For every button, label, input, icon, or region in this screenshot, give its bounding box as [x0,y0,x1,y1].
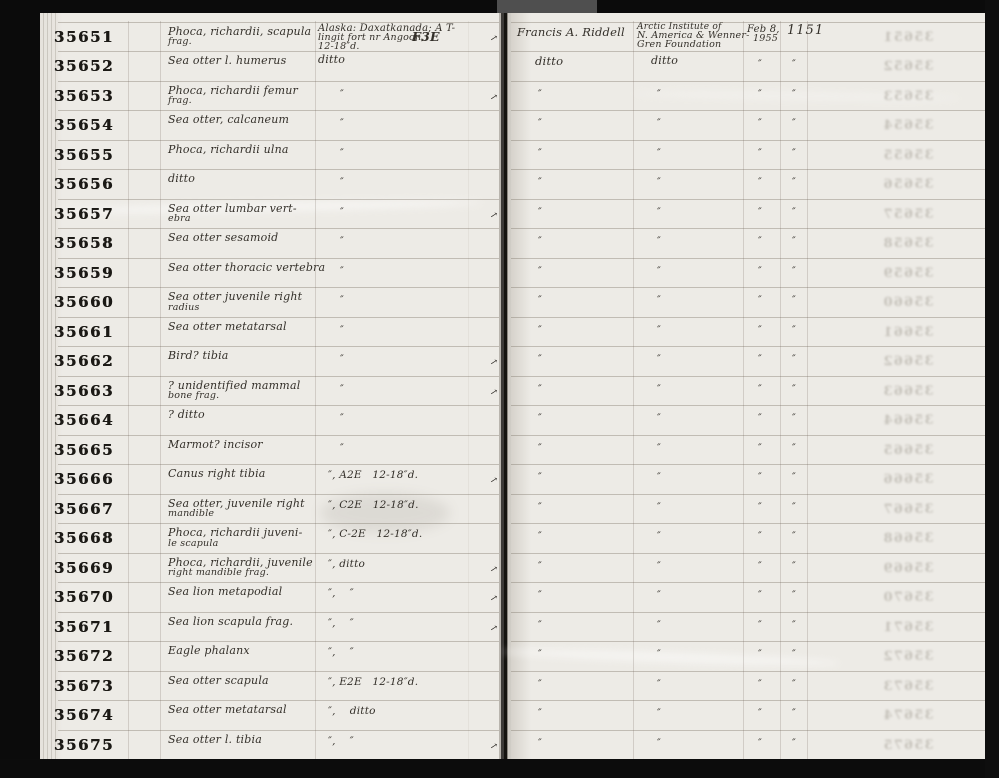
specimen-number: 35658 [48,234,120,252]
rule-line [511,140,985,141]
ditto-mark: ″ [758,649,762,660]
ditto-mark: ″ [340,384,344,395]
ditto-mark: ″ [538,649,542,660]
ditto-mark: ″ [538,679,542,690]
rule-line [511,582,985,583]
bleedthrough-number: 35665 [879,442,937,458]
specimen-number: 35653 [48,87,120,105]
ditto-mark: ″ [792,118,796,129]
specimen-number: 35669 [48,559,120,577]
specimen-description: Sea otter metatarsal [168,322,313,333]
ditto-mark: ″ [758,561,762,572]
ditto-mark: ″ [792,207,796,218]
margin-tick: ↗ [489,33,498,44]
ditto-mark: ″ [340,89,344,100]
locality-entry: ″, ″ [328,647,354,658]
accession-number: 1151 [787,26,824,37]
ditto-mark: ″ [538,590,542,601]
rule-line [511,553,985,554]
specimen-number: 35659 [48,264,120,282]
ditto-mark: ″ [792,354,796,365]
site-code: F3E [412,32,440,43]
margin-tick: ↗ [489,210,498,221]
rule-line [58,464,499,465]
bleedthrough-number: 35671 [879,619,937,635]
left-page: 35651Phoca, richardii, scapulafrag.Alask… [40,13,499,761]
ditto-mark: ″ [657,620,661,631]
rule-line [511,612,985,613]
rule-line [58,140,499,141]
collector-name: Francis A. Riddell [517,27,625,38]
ditto-mark: ″ [657,89,661,100]
ditto-mark: ″ [792,236,796,247]
ditto-mark: ″ [657,295,661,306]
date-entry: Feb 8,1955 [747,25,780,44]
bleedthrough-number: 35655 [879,147,937,163]
ditto-mark: ″ [538,502,542,513]
ditto-mark: ″ [792,738,796,749]
ditto-mark: ″ [657,384,661,395]
ditto-mark: ″ [538,472,542,483]
rule-line [58,317,499,318]
ditto-mark: ″ [538,561,542,572]
bleedthrough-number: 35663 [879,383,937,399]
ditto-mark: ″ [657,177,661,188]
ditto-mark: ″ [758,266,762,277]
specimen-description: Sea otter, juvenile rightmandible [168,499,313,519]
ditto-mark: ″ [792,59,796,70]
specimen-number: 35652 [48,57,120,75]
ditto-mark: ″ [792,590,796,601]
margin-tick: ↗ [489,623,498,634]
rule-line [511,287,985,288]
bleedthrough-number: 35661 [879,324,937,340]
rule-line [511,110,985,111]
ditto-mark: ″ [657,236,661,247]
ditto-mark: ″ [758,413,762,424]
rule-line [58,612,499,613]
ditto-mark: ″ [792,148,796,159]
specimen-description: Sea otter l. humerus [168,56,313,67]
ditto-mark: ″ [657,148,661,159]
rule-line [58,110,499,111]
ditto-mark: ″ [538,177,542,188]
ditto-mark: ″ [657,708,661,719]
ditto-mark: ″ [657,738,661,749]
specimen-description: Sea lion scapula frag. [168,617,313,628]
ditto-mark: ″ [792,472,796,483]
specimen-number: 35665 [48,441,120,459]
specimen-number: 35674 [48,706,120,724]
ditto-mark: ″ [657,649,661,660]
specimen-number: 35664 [48,411,120,429]
margin-tick: ↗ [489,564,498,575]
bleedthrough-number: 35674 [879,708,937,724]
ditto-mark: ″ [758,708,762,719]
specimen-number: 35661 [48,323,120,341]
ditto-mark: ″ [538,354,542,365]
ditto-mark: ″ [758,148,762,159]
ditto-mark: ″ [538,207,542,218]
ditto-mark: ″ [758,236,762,247]
ditto-mark: ″ [340,207,344,218]
ditto-mark: ″ [792,620,796,631]
specimen-number: 35670 [48,588,120,606]
ditto-mark: ″ [657,325,661,336]
ditto-mark: ″ [657,413,661,424]
photo-right-border [985,0,999,778]
specimen-number: 35655 [48,146,120,164]
specimen-number: 35660 [48,293,120,311]
ditto-mark: ″ [758,295,762,306]
specimen-description: Bird? tibia [168,351,313,362]
column-rule [468,21,469,759]
rule-line [511,317,985,318]
ditto-mark: ″ [758,177,762,188]
ditto-mark: ″ [758,738,762,749]
locality-entry: ″, C2E 12-18″d. [328,500,419,511]
rule-line [58,22,499,23]
bleedthrough-number: 35660 [879,295,937,311]
photo-top-border [0,0,999,13]
rule-line [511,435,985,436]
ditto-mark: ″ [758,590,762,601]
right-page: Francis A. RiddellArctic Institute ofN. … [511,13,985,761]
ditto-mark: ″ [792,502,796,513]
ditto-mark: ″ [792,266,796,277]
specimen-number: 35673 [48,677,120,695]
bleedthrough-number: 35673 [879,678,937,694]
ditto-mark: ″ [538,148,542,159]
rule-line [58,199,499,200]
specimen-description: ? ditto [168,410,313,421]
specimen-description: Sea lion metapodial [168,587,313,598]
ditto-mark: ″ [657,266,661,277]
rule-line [511,346,985,347]
ditto-mark: ″ [792,649,796,660]
bleedthrough-number: 35658 [879,236,937,252]
bleedthrough-number: 35659 [879,265,937,281]
ditto-mark: ″ [792,325,796,336]
rule-line [511,464,985,465]
ditto-mark: ″ [657,502,661,513]
locality-entry: ″, E2E 12-18″d. [328,677,418,688]
specimen-number: 35662 [48,352,120,370]
ditto-mark: ″ [657,531,661,542]
bleedthrough-number: 35664 [879,413,937,429]
ditto-mark: ″ [792,89,796,100]
ditto-mark: ″ [340,295,344,306]
bleedthrough-number: 35656 [879,177,937,193]
rule-line [58,641,499,642]
bleedthrough-number: 35675 [879,737,937,753]
rule-line [58,51,499,52]
locality-entry: ″, ″ [328,736,354,747]
ditto-mark: ″ [340,413,344,424]
rule-line [58,81,499,82]
ditto-mark: ″ [758,679,762,690]
specimen-number: 35667 [48,500,120,518]
bleedthrough-number: 35669 [879,560,937,576]
rule-line [58,169,499,170]
ditto-mark: ″ [538,413,542,424]
locality-entry: ″, C-2E 12-18″d. [328,529,422,540]
ditto-mark: ″ [538,620,542,631]
ditto-mark: ″ [758,207,762,218]
rule-line [58,730,499,731]
ditto-mark: ″ [758,354,762,365]
specimen-description: Sea otter juvenile rightradius [168,292,313,312]
rule-line [511,22,985,23]
locality-entry: ″, ″ [328,618,354,629]
ditto-mark: ″ [340,266,344,277]
rule-line [511,494,985,495]
ditto-mark: ″ [792,177,796,188]
bleedthrough-number: 35667 [879,501,937,517]
bleedthrough-number: 35666 [879,472,937,488]
rule-line [58,346,499,347]
specimen-number: 35671 [48,618,120,636]
bleedthrough-number: 35657 [879,206,937,222]
specimen-number: 35663 [48,382,120,400]
ditto-mark: ″ [657,443,661,454]
specimen-number: 35675 [48,736,120,754]
ditto-mark: ″ [340,443,344,454]
locality-entry: ″, ″ [328,588,354,599]
ditto-mark: ″ [792,708,796,719]
collector-name: ditto [535,56,563,67]
margin-tick: ↗ [489,357,498,368]
ditto-mark: ″ [538,89,542,100]
ditto-mark: ″ [792,413,796,424]
specimen-description: Phoca, richardii femurfrag. [168,86,313,106]
rule-line [511,228,985,229]
specimen-number: 35668 [48,529,120,547]
ditto-mark: ″ [538,266,542,277]
locality-entry: ″, ditto [328,559,365,570]
ditto-mark: ″ [538,531,542,542]
ditto-mark: ″ [657,472,661,483]
specimen-description: Canus right tibia [168,469,313,480]
margin-tick: ↗ [489,387,498,398]
specimen-description: Phoca, richardii, scapulafrag. [168,27,313,47]
institution-name: ditto [651,56,678,67]
rule-line [511,523,985,524]
ditto-mark: ″ [758,118,762,129]
ditto-mark: ″ [758,59,762,70]
ditto-mark: ″ [340,325,344,336]
rule-line [58,671,499,672]
bleedthrough-number: 35652 [879,59,937,75]
ditto-mark: ″ [657,207,661,218]
rule-line [58,376,499,377]
photo-bottom-border [0,759,999,778]
ditto-mark: ″ [538,384,542,395]
rule-line [58,258,499,259]
margin-tick: ↗ [489,92,498,103]
ditto-mark: ″ [758,502,762,513]
specimen-number: 35657 [48,205,120,223]
locality-entry: ″, ditto [328,706,376,717]
rule-line [511,671,985,672]
bleedthrough-number: 35668 [879,531,937,547]
specimen-description: Sea otter, calcaneum [168,115,313,126]
ditto-mark: ″ [538,295,542,306]
ditto-mark: ″ [792,443,796,454]
margin-tick: ↗ [489,475,498,486]
institution-name: Arctic Institute ofN. America & Wenner-G… [637,23,745,50]
rule-line [58,228,499,229]
ditto-mark: ″ [758,472,762,483]
specimen-description: Phoca, richardii ulna [168,145,313,156]
specimen-description: Sea otter lumbar vert-ebra [168,204,313,224]
rule-line [58,700,499,701]
specimen-description: Marmot? incisor [168,440,313,451]
bleedthrough-number: 35670 [879,590,937,606]
specimen-number: 35672 [48,647,120,665]
column-rule [633,21,634,759]
column-rule [807,21,808,759]
paper-crease [501,647,841,668]
ditto-mark: ″ [657,118,661,129]
margin-tick: ↗ [489,741,498,752]
ditto-mark: ″ [538,118,542,129]
specimen-description: Sea otter scapula [168,676,313,687]
ditto-mark: ″ [657,679,661,690]
column-rule [780,21,781,759]
specimen-description: ? unidentified mammalbone frag. [168,381,313,401]
column-rule [160,21,161,759]
ditto-mark: ″ [758,531,762,542]
ditto-mark: ″ [758,620,762,631]
ditto-mark: ″ [792,531,796,542]
rule-line [511,199,985,200]
column-rule [315,21,316,759]
ditto-mark: ″ [340,177,344,188]
specimen-number: 35656 [48,175,120,193]
ditto-mark: ″ [538,236,542,247]
bleedthrough-number: 35662 [879,354,937,370]
specimen-number: 35651 [48,28,120,46]
spine-gap-shadow [497,0,597,13]
bleedthrough-number: 35651 [879,29,937,45]
ditto-mark: ″ [538,443,542,454]
ditto-mark: ″ [657,354,661,365]
rule-line [58,553,499,554]
bleedthrough-number: 35672 [879,649,937,665]
column-rule [743,21,744,759]
specimen-description: Eagle phalanx [168,646,313,657]
ditto-mark: ″ [792,295,796,306]
ledger-photo: 35651Phoca, richardii, scapulafrag.Alask… [0,0,999,778]
ditto-mark: ″ [758,325,762,336]
bleedthrough-number: 35654 [879,118,937,134]
rule-line [511,51,985,52]
column-rule [128,21,129,759]
specimen-description: Sea otter metatarsal [168,705,313,716]
ditto-mark: ″ [758,384,762,395]
rule-line [511,405,985,406]
ditto-mark: ″ [792,561,796,572]
bleedthrough-number: 35653 [879,88,937,104]
rule-line [58,523,499,524]
rule-line [58,287,499,288]
rule-line [58,435,499,436]
ditto-mark: ″ [758,443,762,454]
ditto-mark: ″ [340,118,344,129]
specimen-description: Sea otter l. tibia [168,735,313,746]
locality-entry: ″, A2E 12-18″d. [328,470,418,481]
book-spine [499,13,511,759]
rule-line [511,730,985,731]
specimen-description: Sea otter sesamoid [168,233,313,244]
ditto-mark: ″ [758,89,762,100]
specimen-description: ditto [168,174,313,185]
specimen-number: 35666 [48,470,120,488]
rule-line [58,405,499,406]
specimen-description: Sea otter thoracic vertebra [168,263,313,274]
ditto-mark: ″ [340,148,344,159]
rule-line [511,376,985,377]
margin-tick: ↗ [489,593,498,604]
rule-line [58,582,499,583]
rule-line [511,258,985,259]
ditto-mark: ″ [340,236,344,247]
ditto-mark: ″ [538,325,542,336]
ditto-mark: ″ [792,384,796,395]
rule-line [511,641,985,642]
rule-line [58,494,499,495]
ditto-mark: ″ [538,708,542,719]
rule-line [511,169,985,170]
locality-entry: ditto [318,55,345,66]
ditto-mark: ″ [538,738,542,749]
specimen-description: Phoca, richardii, juvenileright mandible… [168,558,313,578]
ditto-mark: ″ [792,679,796,690]
rule-line [511,700,985,701]
specimen-description: Phoca, richardii juveni-le scapula [168,528,313,548]
ditto-mark: ″ [657,590,661,601]
ditto-mark: ″ [340,354,344,365]
rule-line [511,81,985,82]
specimen-number: 35654 [48,116,120,134]
ditto-mark: ″ [657,561,661,572]
